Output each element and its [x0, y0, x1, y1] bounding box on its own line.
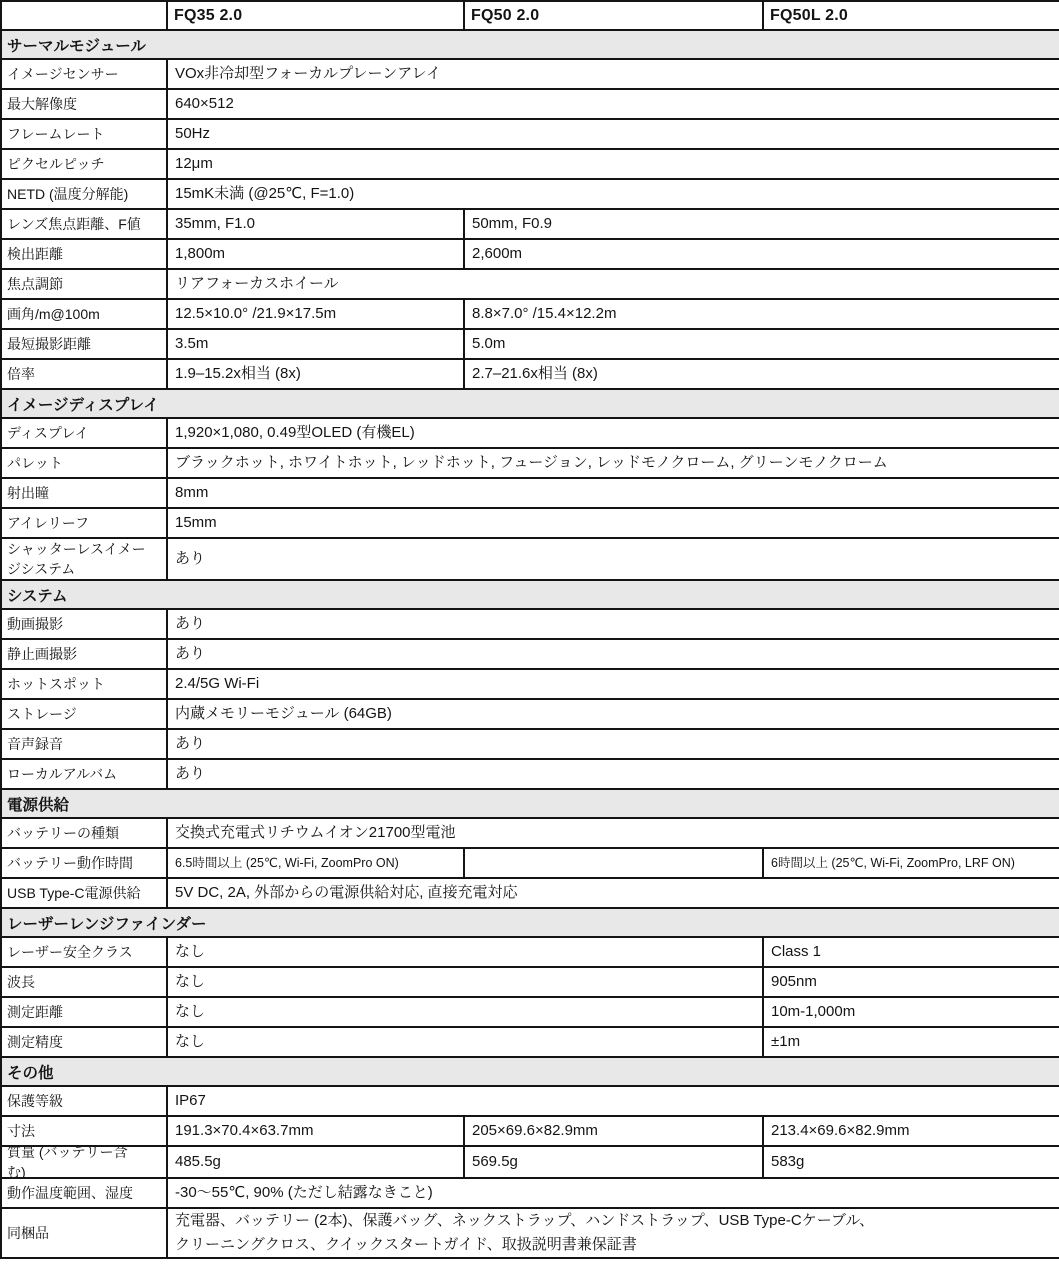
spec-label: ピクセルピッチ: [1, 149, 167, 179]
corner-cell: [1, 1, 167, 30]
spec-value: 50Hz: [167, 119, 1059, 149]
spec-value: 2.4/5G Wi-Fi: [167, 669, 1059, 699]
spec-value: あり: [167, 609, 1059, 639]
spec-value: 6時間以上 (25℃, Wi-Fi, ZoomPro, LRF ON): [763, 848, 1059, 878]
spec-row: ピクセルピッチ12μm: [1, 149, 1059, 179]
spec-label: ディスプレイ: [1, 418, 167, 448]
spec-value: 15mm: [167, 508, 1059, 538]
spec-value: 2.7–21.6x相当 (8x): [464, 359, 1059, 389]
spec-row: 最短撮影距離3.5m5.0m: [1, 329, 1059, 359]
spec-label: ローカルアルバム: [1, 759, 167, 789]
spec-row: 検出距離1,800m2,600m: [1, 239, 1059, 269]
spec-label: 動作温度範囲、湿度: [1, 1178, 167, 1208]
spec-label: アイレリーフ: [1, 508, 167, 538]
spec-row: 寸法191.3×70.4×63.7mm205×69.6×82.9mm213.4×…: [1, 1116, 1059, 1146]
spec-row: フレームレート50Hz: [1, 119, 1059, 149]
spec-value: 1.9–15.2x相当 (8x): [167, 359, 464, 389]
spec-label: 検出距離: [1, 239, 167, 269]
spec-label: 保護等級: [1, 1086, 167, 1116]
spec-label: ホットスポット: [1, 669, 167, 699]
spec-label: フレームレート: [1, 119, 167, 149]
spec-value: 6.5時間以上 (25℃, Wi-Fi, ZoomPro ON): [167, 848, 464, 878]
spec-table-body: サーマルモジュールイメージセンサーVOx非冷却型フォーカルプレーンアレイ最大解像…: [1, 30, 1059, 1258]
spec-row: ストレージ内蔵メモリーモジュール (64GB): [1, 699, 1059, 729]
spec-label: ストレージ: [1, 699, 167, 729]
section-title: レーザーレンジファインダー: [1, 908, 1059, 937]
section-title: イメージディスプレイ: [1, 389, 1059, 418]
spec-value: なし: [167, 1027, 763, 1057]
spec-row: ディスプレイ1,920×1,080, 0.49型OLED (有機EL): [1, 418, 1059, 448]
spec-value: 15mK未満 (@25℃, F=1.0): [167, 179, 1059, 209]
spec-row: NETD (温度分解能)15mK未満 (@25℃, F=1.0): [1, 179, 1059, 209]
spec-value: あり: [167, 639, 1059, 669]
spec-value: VOx非冷却型フォーカルプレーンアレイ: [167, 59, 1059, 89]
spec-value: なし: [167, 937, 763, 967]
spec-label: 倍率: [1, 359, 167, 389]
spec-label: レーザー安全クラス: [1, 937, 167, 967]
spec-value: 12μm: [167, 149, 1059, 179]
spec-value: 3.5m: [167, 329, 464, 359]
spec-label: NETD (温度分解能): [1, 179, 167, 209]
spec-label: 静止画撮影: [1, 639, 167, 669]
spec-row: ローカルアルバムあり: [1, 759, 1059, 789]
spec-value: 2,600m: [464, 239, 1059, 269]
spec-row: 動画撮影あり: [1, 609, 1059, 639]
section-header-row: レーザーレンジファインダー: [1, 908, 1059, 937]
spec-value: 充電器、バッテリー (2本)、保護バッグ、ネックストラップ、ハンドストラップ、U…: [167, 1208, 1059, 1258]
spec-value: 8.8×7.0° /15.4×12.2m: [464, 299, 1059, 329]
section-header-row: その他: [1, 1057, 1059, 1086]
spec-row: 動作温度範囲、湿度-30〜55℃, 90% (ただし結露なきこと): [1, 1178, 1059, 1208]
spec-row: レンズ焦点距離、F値35mm, F1.050mm, F0.9: [1, 209, 1059, 239]
spec-row: 静止画撮影あり: [1, 639, 1059, 669]
spec-label: バッテリーの種類: [1, 818, 167, 848]
spec-row: ホットスポット2.4/5G Wi-Fi: [1, 669, 1059, 699]
section-title: システム: [1, 580, 1059, 609]
spec-row: 保護等級IP67: [1, 1086, 1059, 1116]
spec-label: 動画撮影: [1, 609, 167, 639]
spec-value: 213.4×69.6×82.9mm: [763, 1116, 1059, 1146]
spec-label: 射出瞳: [1, 478, 167, 508]
section-title: サーマルモジュール: [1, 30, 1059, 59]
spec-row: 最大解像度640×512: [1, 89, 1059, 119]
spec-row: 射出瞳8mm: [1, 478, 1059, 508]
spec-value: IP67: [167, 1086, 1059, 1116]
spec-row: イメージセンサーVOx非冷却型フォーカルプレーンアレイ: [1, 59, 1059, 89]
spec-value: 205×69.6×82.9mm: [464, 1116, 763, 1146]
spec-value: 640×512: [167, 89, 1059, 119]
spec-label: 質量 (バッテリー含 む): [1, 1146, 167, 1178]
section-header-row: システム: [1, 580, 1059, 609]
spec-value: あり: [167, 729, 1059, 759]
spec-row: レーザー安全クラスなしClass 1: [1, 937, 1059, 967]
spec-value: 191.3×70.4×63.7mm: [167, 1116, 464, 1146]
section-header-row: イメージディスプレイ: [1, 389, 1059, 418]
spec-value: 905nm: [763, 967, 1059, 997]
spec-label: 同梱品: [1, 1208, 167, 1258]
spec-value: 10m-1,000m: [763, 997, 1059, 1027]
spec-label: 最短撮影距離: [1, 329, 167, 359]
spec-value: 交換式充電式リチウムイオン21700型電池: [167, 818, 1059, 848]
spec-value: 5V DC, 2A, 外部からの電源供給対応, 直接充電対応: [167, 878, 1059, 908]
section-header-row: 電源供給: [1, 789, 1059, 818]
spec-value: 1,800m: [167, 239, 464, 269]
spec-label: イメージセンサー: [1, 59, 167, 89]
spec-row: パレットブラックホット, ホワイトホット, レッドホット, フュージョン, レッ…: [1, 448, 1059, 478]
spec-row: シャッターレスイメー ジシステムあり: [1, 538, 1059, 580]
spec-label: 寸法: [1, 1116, 167, 1146]
spec-value: 35mm, F1.0: [167, 209, 464, 239]
spec-value: 50mm, F0.9: [464, 209, 1059, 239]
spec-value: あり: [167, 759, 1059, 789]
spec-row: 測定距離なし10m-1,000m: [1, 997, 1059, 1027]
spec-label: 波長: [1, 967, 167, 997]
product-header-row: FQ35 2.0 FQ50 2.0 FQ50L 2.0: [1, 1, 1059, 30]
spec-label: 測定精度: [1, 1027, 167, 1057]
section-header-row: サーマルモジュール: [1, 30, 1059, 59]
spec-row: 波長なし905nm: [1, 967, 1059, 997]
spec-row: USB Type-C電源供給5V DC, 2A, 外部からの電源供給対応, 直接…: [1, 878, 1059, 908]
product-name-fq50: FQ50 2.0: [464, 1, 763, 30]
spec-label: USB Type-C電源供給: [1, 878, 167, 908]
spec-value: 8mm: [167, 478, 1059, 508]
spec-label: 画角/m@100m: [1, 299, 167, 329]
spec-label: レンズ焦点距離、F値: [1, 209, 167, 239]
spec-row: 倍率1.9–15.2x相当 (8x)2.7–21.6x相当 (8x): [1, 359, 1059, 389]
product-name-fq50l: FQ50L 2.0: [763, 1, 1059, 30]
spec-value: [464, 848, 763, 878]
section-title: 電源供給: [1, 789, 1059, 818]
spec-value: なし: [167, 967, 763, 997]
spec-row: 質量 (バッテリー含 む)485.5g569.5g583g: [1, 1146, 1059, 1178]
spec-label: 音声録音: [1, 729, 167, 759]
spec-label: 焦点調節: [1, 269, 167, 299]
spec-value: 583g: [763, 1146, 1059, 1178]
spec-row: アイレリーフ15mm: [1, 508, 1059, 538]
spec-label: 最大解像度: [1, 89, 167, 119]
spec-row: 画角/m@100m12.5×10.0° /21.9×17.5m8.8×7.0° …: [1, 299, 1059, 329]
spec-value: 5.0m: [464, 329, 1059, 359]
spec-row: バッテリー動作時間6.5時間以上 (25℃, Wi-Fi, ZoomPro ON…: [1, 848, 1059, 878]
spec-label-text: 質量 (バッテリー含 む): [7, 1147, 161, 1177]
spec-label: シャッターレスイメー ジシステム: [1, 538, 167, 580]
spec-label: 測定距離: [1, 997, 167, 1027]
spec-row: 焦点調節リアフォーカスホイール: [1, 269, 1059, 299]
spec-value: 12.5×10.0° /21.9×17.5m: [167, 299, 464, 329]
spec-row: バッテリーの種類交換式充電式リチウムイオン21700型電池: [1, 818, 1059, 848]
spec-value: ±1m: [763, 1027, 1059, 1057]
product-name-fq35: FQ35 2.0: [167, 1, 464, 30]
spec-value: あり: [167, 538, 1059, 580]
spec-value: 1,920×1,080, 0.49型OLED (有機EL): [167, 418, 1059, 448]
spec-row: 測定精度なし±1m: [1, 1027, 1059, 1057]
spec-value: -30〜55℃, 90% (ただし結露なきこと): [167, 1178, 1059, 1208]
spec-label: バッテリー動作時間: [1, 848, 167, 878]
section-title: その他: [1, 1057, 1059, 1086]
spec-value: 569.5g: [464, 1146, 763, 1178]
spec-label: パレット: [1, 448, 167, 478]
spec-value: 内蔵メモリーモジュール (64GB): [167, 699, 1059, 729]
spec-value: リアフォーカスホイール: [167, 269, 1059, 299]
spec-value: 485.5g: [167, 1146, 464, 1178]
spec-row: 音声録音あり: [1, 729, 1059, 759]
spec-value: ブラックホット, ホワイトホット, レッドホット, フュージョン, レッドモノク…: [167, 448, 1059, 478]
spec-value: Class 1: [763, 937, 1059, 967]
spec-table: FQ35 2.0 FQ50 2.0 FQ50L 2.0 サーマルモジュールイメー…: [0, 0, 1059, 1259]
spec-value: なし: [167, 997, 763, 1027]
spec-row: 同梱品充電器、バッテリー (2本)、保護バッグ、ネックストラップ、ハンドストラッ…: [1, 1208, 1059, 1258]
